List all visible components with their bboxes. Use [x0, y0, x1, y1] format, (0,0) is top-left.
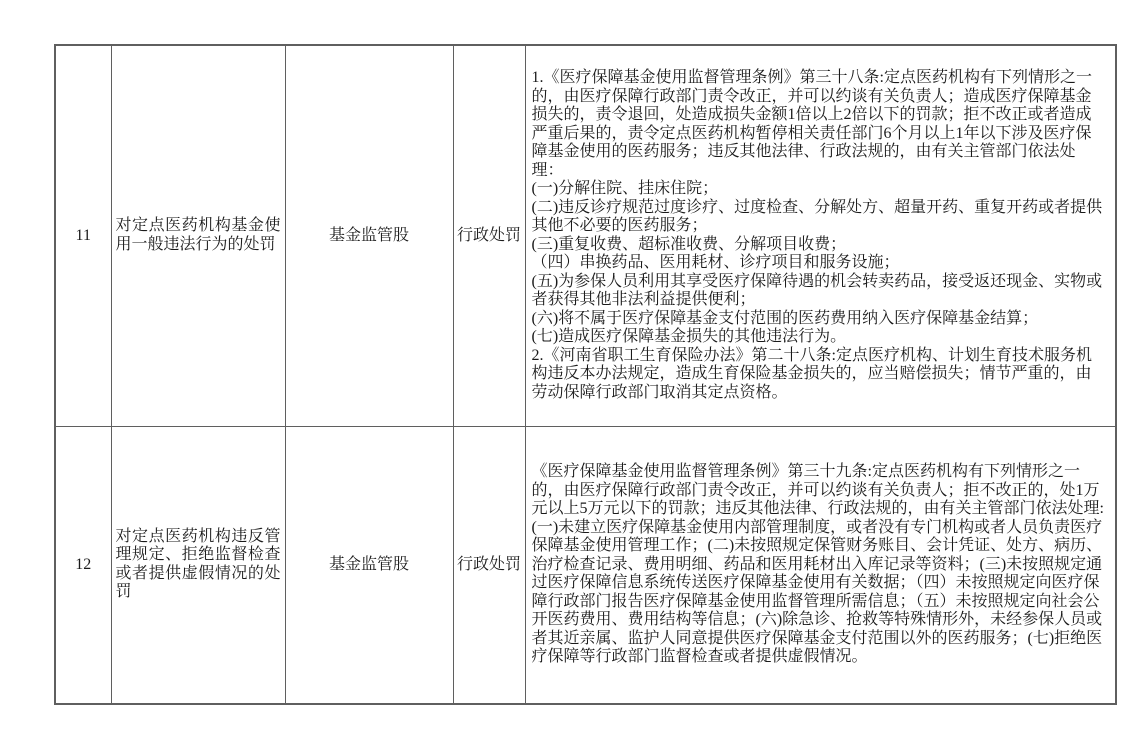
table-row: 12 对定点医药机构违反管理规定、拒绝监督检查或者提供虚假情况的处罚 基金监管股…	[55, 426, 1116, 704]
penalty-item-name: 对定点医药机构基金使用一般违法行为的处罚	[111, 45, 285, 426]
penalty-type: 行政处罚	[453, 426, 525, 704]
legal-basis-text: 1.《医疗保障基金使用监督管理条例》第三十八条:定点医药机构有下列情形之一的，由…	[525, 45, 1116, 426]
row-index: 12	[55, 426, 111, 704]
legal-basis-text: 《医疗保障基金使用监督管理条例》第三十九条:定点医药机构有下列情形之一的，由医疗…	[525, 426, 1116, 704]
table-row: 11 对定点医药机构基金使用一般违法行为的处罚 基金监管股 行政处罚 1.《医疗…	[55, 45, 1116, 426]
document-page: 11 对定点医药机构基金使用一般违法行为的处罚 基金监管股 行政处罚 1.《医疗…	[0, 0, 1141, 750]
penalty-type: 行政处罚	[453, 45, 525, 426]
responsible-department: 基金监管股	[285, 426, 453, 704]
penalty-items-table: 11 对定点医药机构基金使用一般违法行为的处罚 基金监管股 行政处罚 1.《医疗…	[54, 44, 1117, 705]
penalty-item-name: 对定点医药机构违反管理规定、拒绝监督检查或者提供虚假情况的处罚	[111, 426, 285, 704]
responsible-department: 基金监管股	[285, 45, 453, 426]
row-index: 11	[55, 45, 111, 426]
